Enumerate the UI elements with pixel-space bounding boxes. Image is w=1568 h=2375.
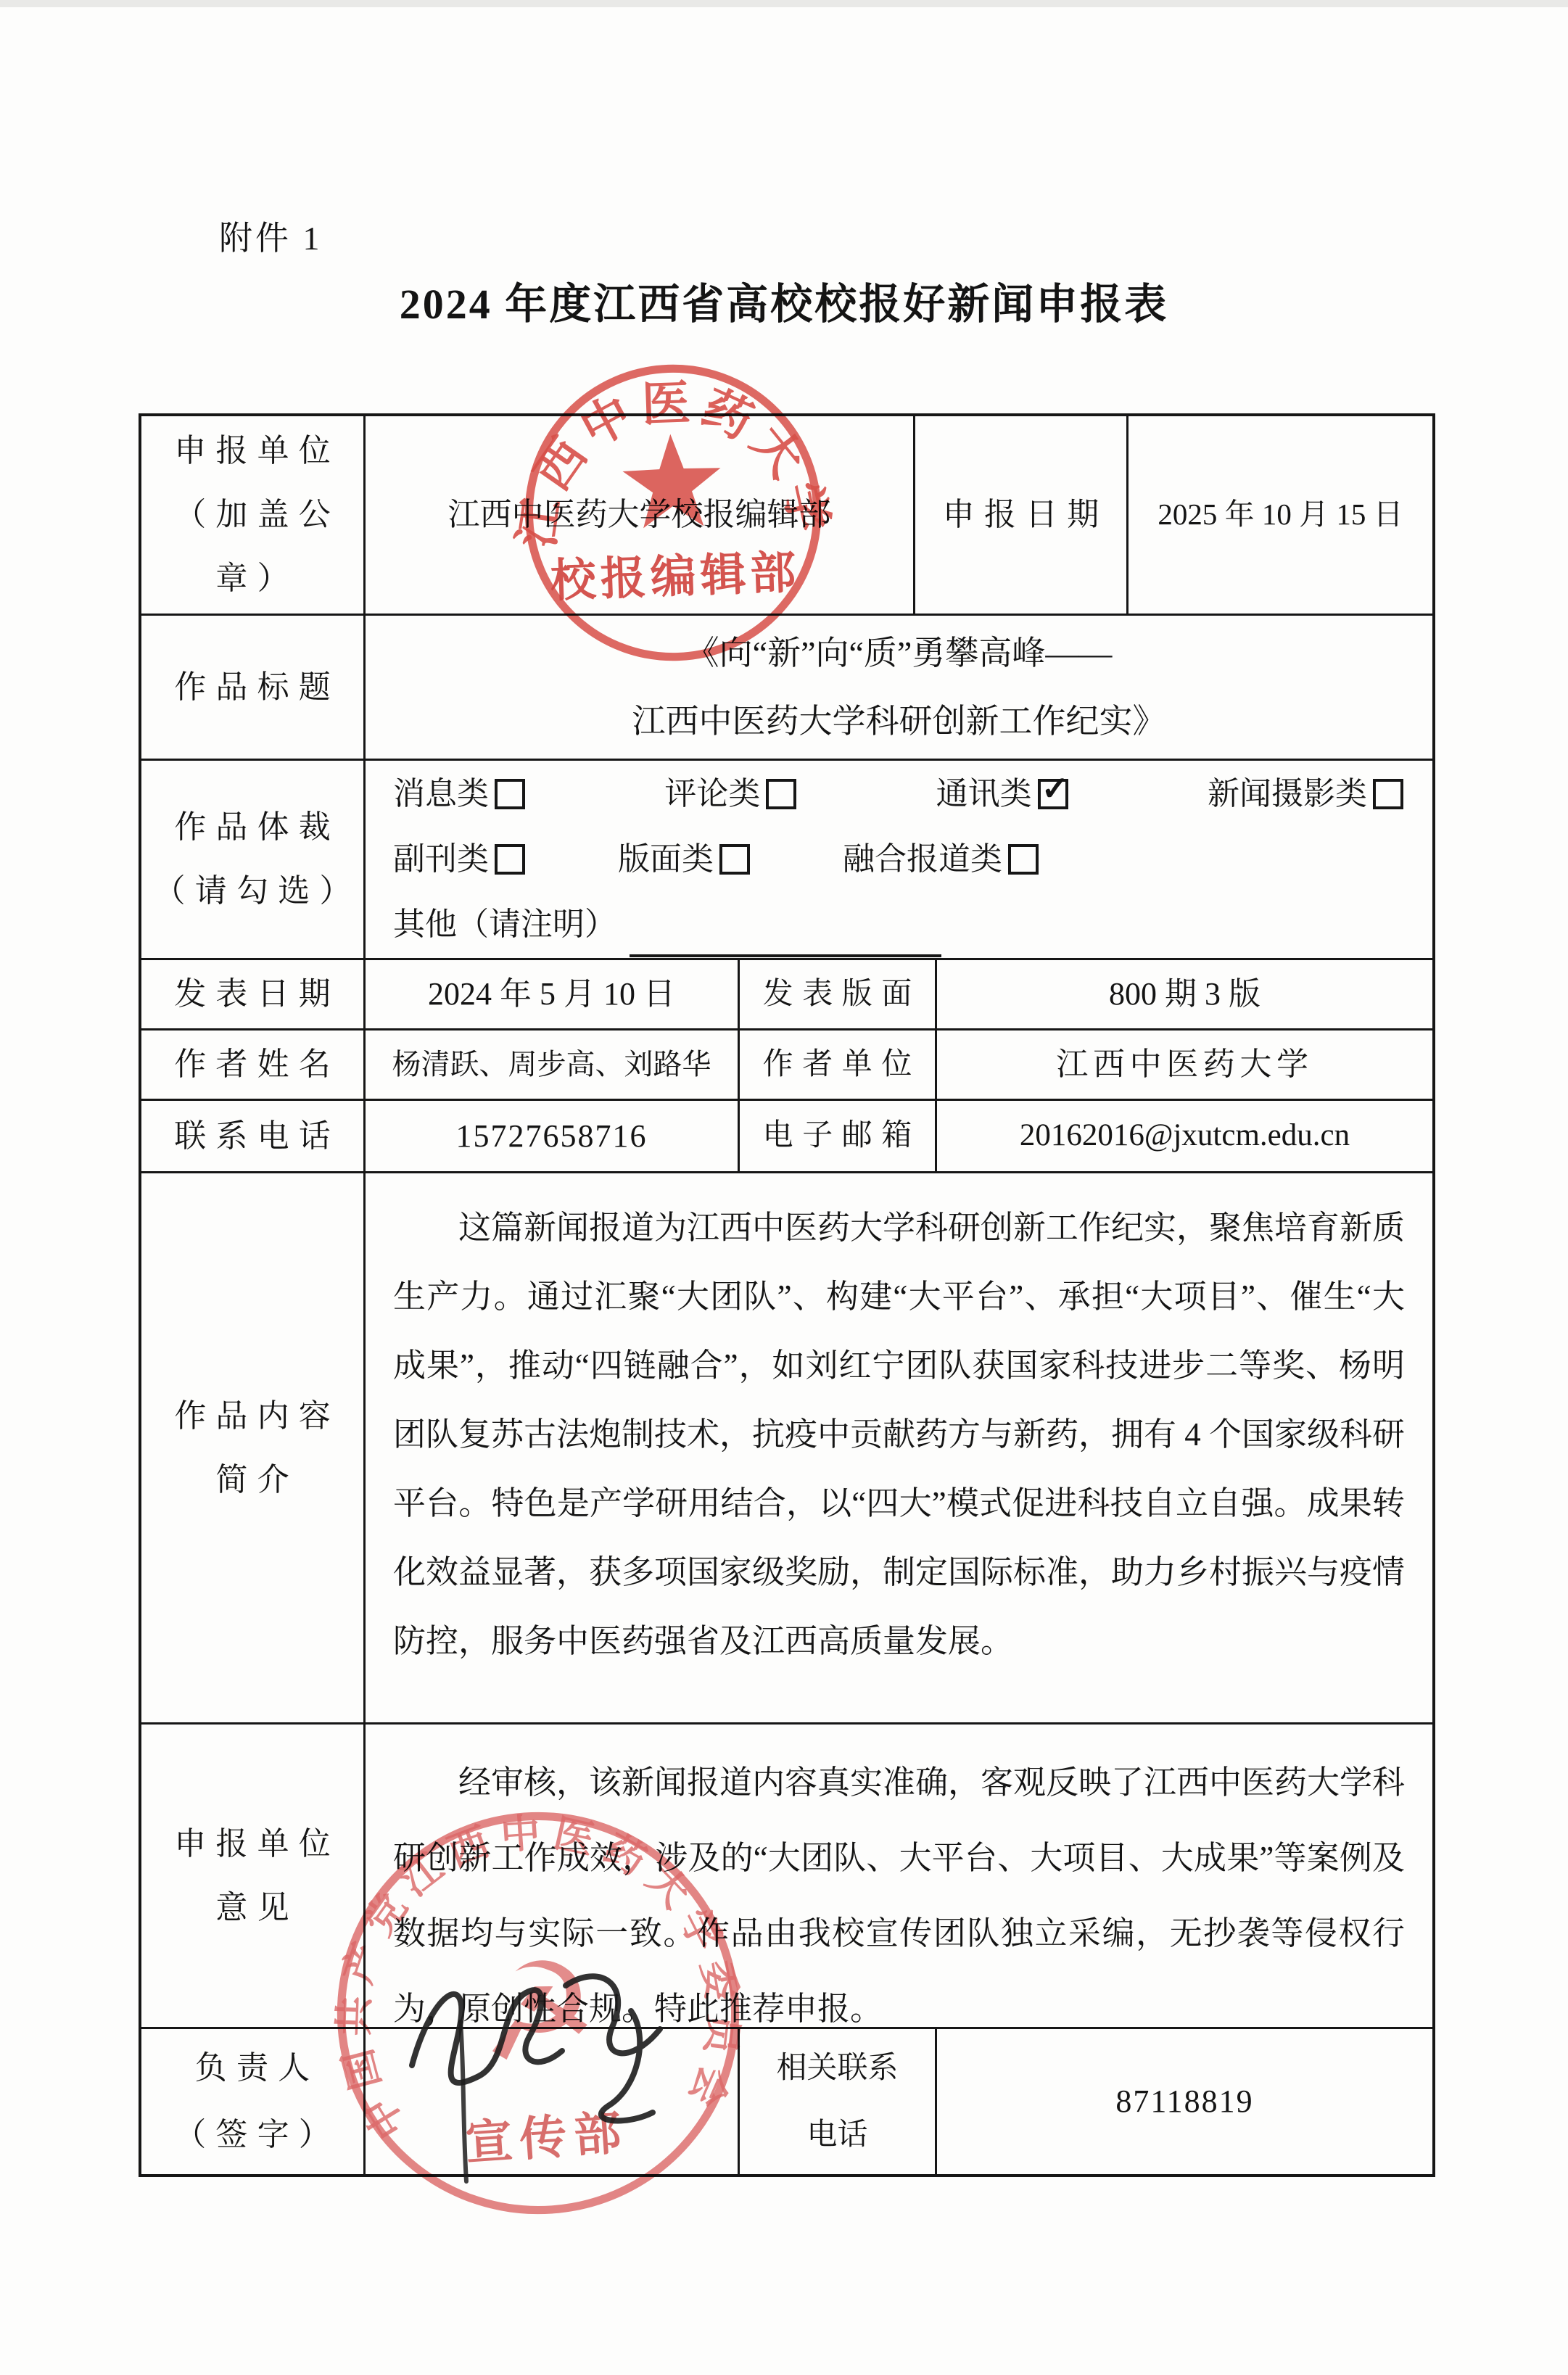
genre-option: 版面类 bbox=[618, 827, 750, 892]
table-row-publish: 发表日期 2024 年 5 月 10 日 发表版面 800 期 3 版 bbox=[141, 960, 1432, 1030]
work-title-label: 作品标题 bbox=[141, 616, 366, 761]
opinion-text: 经审核，该新闻报道内容真实准确，客观反映了江西中医药大学科研创新工作成效，涉及的… bbox=[393, 1745, 1405, 2046]
table-row-summary: 作品内容 简介 这篇新闻报道为江西中医药大学科研创新工作纪实，聚焦培育新质生产力… bbox=[141, 1173, 1432, 1725]
page-title: 2024 年度江西省高校校报好新闻申报表 bbox=[0, 270, 1568, 331]
checkbox-news-photo bbox=[1373, 779, 1403, 809]
author-unit-value: 江西中医药大学 bbox=[937, 1030, 1432, 1101]
signature-cell bbox=[366, 2029, 740, 2174]
signer-label: 负责人 （签字） bbox=[141, 2029, 366, 2174]
checkbox-integrated-report bbox=[1008, 844, 1039, 875]
apply-date-label: 申报日期 bbox=[915, 416, 1128, 616]
summary-cell: 这篇新闻报道为江西中医药大学科研创新工作纪实，聚焦培育新质生产力。通过汇聚“大团… bbox=[366, 1173, 1432, 1725]
author-name-label: 作者姓名 bbox=[141, 1030, 366, 1101]
checkbox-layout bbox=[719, 844, 750, 875]
apply-date-value: 2025 年 10 月 15 日 bbox=[1128, 416, 1432, 616]
publish-date-value: 2024 年 5 月 10 日 bbox=[366, 960, 740, 1030]
opinion-cell: 经审核，该新闻报道内容真实准确，客观反映了江西中医药大学科研创新工作成效，涉及的… bbox=[366, 1725, 1432, 2029]
checkbox-communication bbox=[1038, 779, 1068, 809]
checkbox-supplement bbox=[495, 844, 525, 875]
opinion-label: 申报单位 意见 bbox=[141, 1725, 366, 2029]
table-row-signer: 负责人 （签字） 相关联系 电话 87118819 bbox=[141, 2029, 1432, 2174]
email-value: 20162016@jxutcm.edu.cn bbox=[937, 1101, 1432, 1173]
summary-text: 这篇新闻报道为江西中医药大学科研创新工作纪实，聚焦培育新质生产力。通过汇聚“大团… bbox=[393, 1194, 1405, 1676]
table-row-author: 作者姓名 杨清跃、周步高、刘路华 作者单位 江西中医药大学 bbox=[141, 1030, 1432, 1101]
author-name-value: 杨清跃、周步高、刘路华 bbox=[366, 1030, 740, 1101]
genre-options: 消息类 评论类 通讯类 新闻摄影类 bbox=[366, 761, 1432, 960]
related-phone-label: 相关联系 电话 bbox=[740, 2029, 937, 2174]
genre-label: 作品体裁 （请勾选） bbox=[141, 761, 366, 960]
genre-options-line2: 副刊类 版面类 融合报道类 bbox=[393, 827, 1403, 892]
publish-page-label: 发表版面 bbox=[740, 960, 937, 1030]
table-row-unit: 申报单位 （加盖公 章） 江西中医药大学校报编辑部 申报日期 2025 年 10… bbox=[141, 416, 1432, 616]
attachment-label: 附件 1 bbox=[219, 212, 323, 260]
genre-option: 通讯类 bbox=[936, 761, 1068, 827]
publish-page-value: 800 期 3 版 bbox=[937, 960, 1432, 1030]
author-unit-label: 作者单位 bbox=[740, 1030, 937, 1101]
genre-other-line: 其他（请注明） bbox=[393, 892, 941, 957]
unit-value: 江西中医药大学校报编辑部 bbox=[366, 416, 915, 616]
scanned-form-page: 附件 1 2024 年度江西省高校校报好新闻申报表 申报单位 （加盖公 章） 江… bbox=[0, 0, 1568, 2375]
summary-label: 作品内容 简介 bbox=[141, 1173, 366, 1725]
publish-date-label: 发表日期 bbox=[141, 960, 366, 1030]
checkbox-comment bbox=[766, 779, 796, 809]
table-row-work-title: 作品标题 《向“新”向“质”勇攀高峰—— 江西中医药大学科研创新工作纪实》 bbox=[141, 616, 1432, 761]
unit-label: 申报单位 （加盖公 章） bbox=[141, 416, 366, 616]
contact-phone-label: 联系电话 bbox=[141, 1101, 366, 1173]
table-row-genre: 作品体裁 （请勾选） 消息类 评论类 通讯类 bbox=[141, 761, 1432, 960]
application-form-table: 申报单位 （加盖公 章） 江西中医药大学校报编辑部 申报日期 2025 年 10… bbox=[139, 413, 1435, 2177]
genre-option: 副刊类 bbox=[393, 827, 525, 892]
email-label: 电子邮箱 bbox=[740, 1101, 937, 1173]
genre-option: 融合报道类 bbox=[843, 827, 1039, 892]
related-phone-value: 87118819 bbox=[937, 2029, 1432, 2174]
genre-option: 评论类 bbox=[664, 761, 796, 827]
genre-options-line1: 消息类 评论类 通讯类 新闻摄影类 bbox=[393, 761, 1403, 827]
table-row-opinion: 申报单位 意见 经审核，该新闻报道内容真实准确，客观反映了江西中医药大学科研创新… bbox=[141, 1725, 1432, 2029]
table-row-contact: 联系电话 15727658716 电子邮箱 20162016@jxutcm.ed… bbox=[141, 1101, 1432, 1173]
genre-option: 新闻摄影类 bbox=[1208, 761, 1403, 827]
other-blank-underline bbox=[630, 911, 941, 957]
checkbox-message bbox=[495, 779, 525, 809]
genre-option: 消息类 bbox=[393, 761, 525, 827]
work-title-value: 《向“新”向“质”勇攀高峰—— 江西中医药大学科研创新工作纪实》 bbox=[366, 616, 1432, 761]
contact-phone-value: 15727658716 bbox=[366, 1101, 740, 1173]
